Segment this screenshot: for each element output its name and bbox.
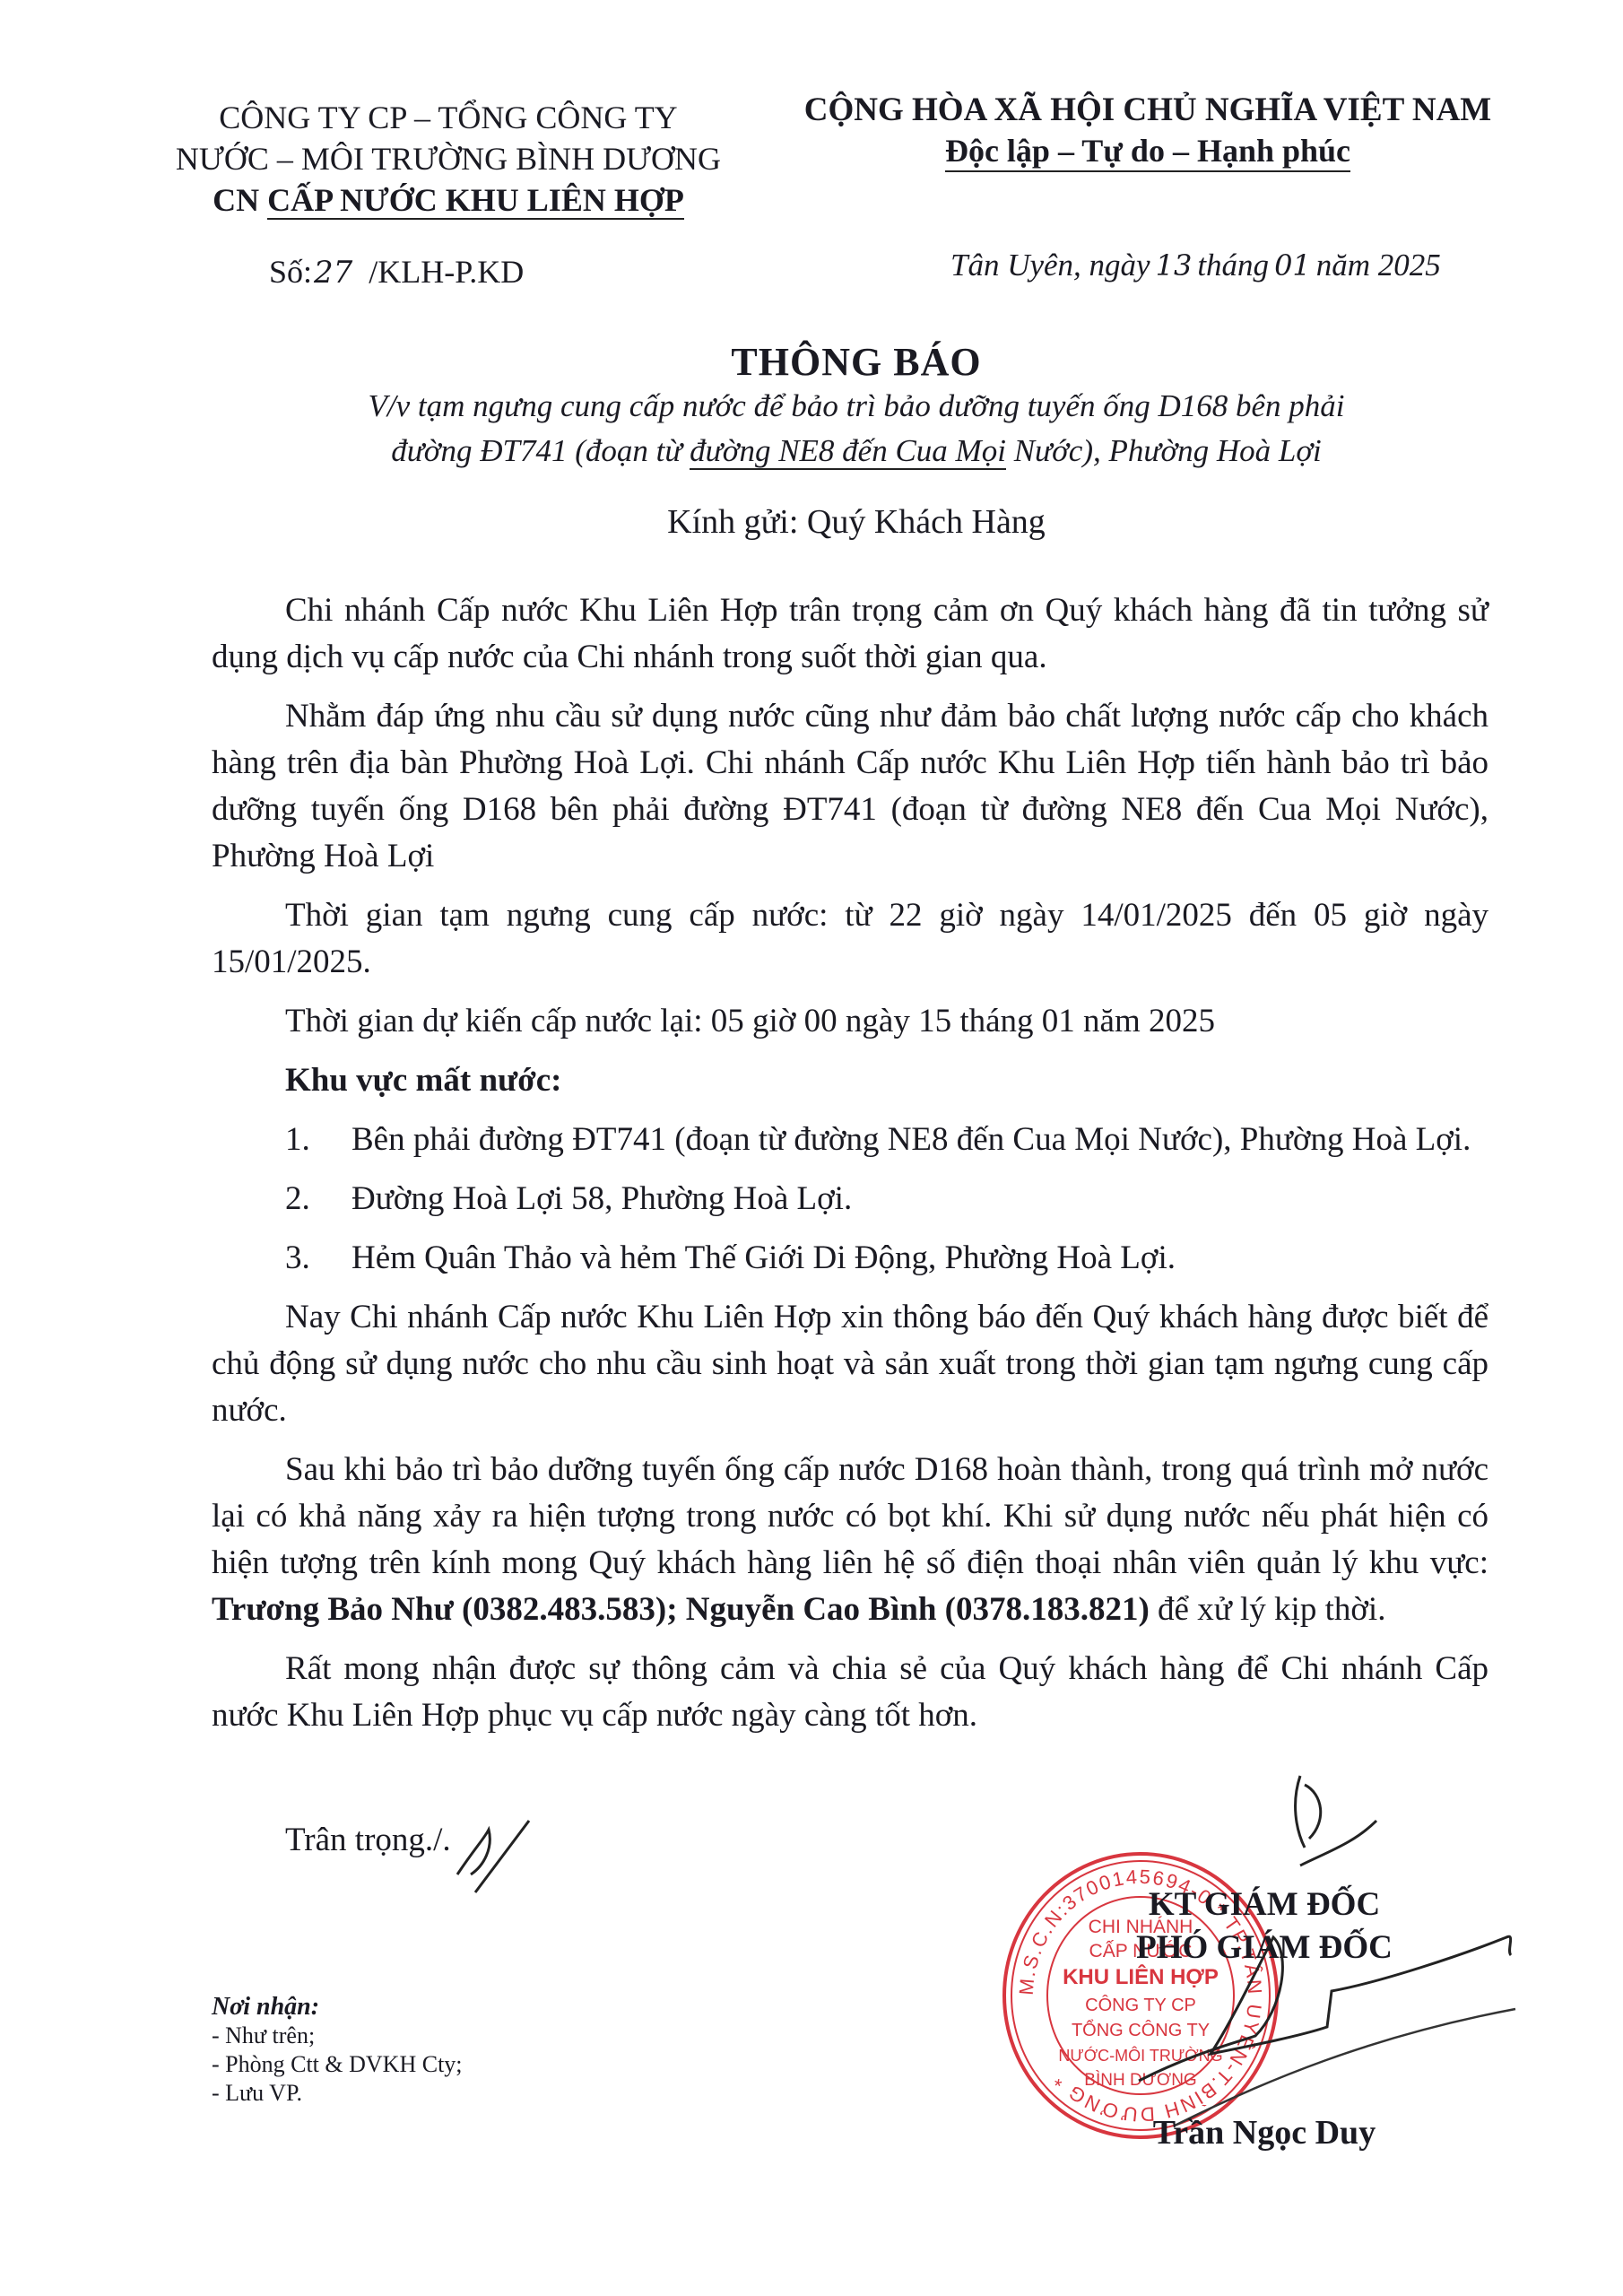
contacts-intro: Sau khi bảo trì bảo dưỡng tuyến ống cấp … xyxy=(212,1451,1488,1581)
paragraph-notice: Nay Chi nhánh Cấp nước Khu Liên Hợp xin … xyxy=(212,1294,1488,1434)
areas-heading: Khu vực mất nước: xyxy=(212,1057,1488,1104)
paragraph-thanks: Chi nhánh Cấp nước Khu Liên Hợp trân trọ… xyxy=(212,587,1488,681)
date-month-label: tháng xyxy=(1197,248,1269,283)
recipient-item: - Lưu VP. xyxy=(212,2079,463,2108)
list-number: 3. xyxy=(285,1235,352,1282)
signer-name: Trần Ngọc Duy xyxy=(1058,2113,1471,2152)
greeting: Kính gửi: Quý Khách Hàng xyxy=(269,502,1444,542)
subject-line-2: đường ĐT741 (đoạn từ đường NE8 đến Cua M… xyxy=(269,429,1444,474)
issuer-line-1: CÔNG TY CP – TỔNG CÔNG TY xyxy=(135,97,762,138)
subject-line-2b: Nước), Phường Hoà Lợi xyxy=(1006,433,1322,468)
handwritten-initial-icon xyxy=(448,1812,538,1901)
date-day: 13 xyxy=(1156,248,1193,283)
issuer-branch: CN CẤP NƯỚC KHU LIÊN HỢP xyxy=(135,179,762,221)
document-subject: V/v tạm ngưng cung cấp nước để bảo trì b… xyxy=(269,384,1444,474)
nation-name: CỘNG HÒA XÃ HỘI CHỦ NGHĨA VIỆT NAM xyxy=(789,90,1506,131)
number-suffix: /KLH-P.KD xyxy=(369,254,524,290)
national-motto: Độc lập – Tự do – Hạnh phúc xyxy=(945,131,1350,172)
subject-line-2-underlined: đường NE8 đến Cua Mọi xyxy=(690,433,1006,470)
paragraph-outage-time: Thời gian tạm ngưng cung cấp nước: từ 22… xyxy=(212,892,1488,986)
document-date: Tân Uyên, ngày13tháng01năm 2025 xyxy=(950,248,1441,283)
document-body: Chi nhánh Cấp nước Khu Liên Hợp trân trọ… xyxy=(212,587,1488,1752)
document-number: Số:27/KLH-P.KD xyxy=(269,253,524,291)
document-title: THÔNG BÁO xyxy=(269,339,1444,385)
date-place: Tân Uyên, ngày xyxy=(950,248,1150,283)
recipients-label: Nơi nhận: xyxy=(212,1993,463,2022)
list-number: 2. xyxy=(285,1176,352,1222)
number-label: Số: xyxy=(269,254,312,290)
list-item: 2.Đường Hoà Lợi 58, Phường Hoà Lợi. xyxy=(212,1176,1488,1222)
contacts-outro: để xử lý kịp thời. xyxy=(1150,1591,1386,1628)
list-text: Bên phải đường ĐT741 (đoạn từ đường NE8 … xyxy=(352,1121,1471,1158)
issuer-line-2: NƯỚC – MÔI TRƯỜNG BÌNH DƯƠNG xyxy=(135,138,762,179)
recipient-item: - Như trên; xyxy=(212,2022,463,2050)
paragraph-contacts: Sau khi bảo trì bảo dưỡng tuyến ống cấp … xyxy=(212,1447,1488,1633)
closing-salutation: Trân trọng./. xyxy=(285,1821,451,1859)
handwritten-initial-icon xyxy=(1273,1767,1381,1874)
paragraph-purpose: Nhằm đáp ứng nhu cầu sử dụng nước cũng n… xyxy=(212,693,1488,880)
recipients-block: Nơi nhận: - Như trên; - Phòng Ctt & DVKH… xyxy=(212,1993,463,2108)
issuer-branch-prefix: CN xyxy=(213,182,267,218)
date-year: năm 2025 xyxy=(1316,248,1441,283)
number-handwritten: 27 xyxy=(314,255,352,291)
issuer-block: CÔNG TY CP – TỔNG CÔNG TY NƯỚC – MÔI TRƯ… xyxy=(135,97,762,221)
contacts-names-phones: Trương Bảo Như (0382.483.583); Nguyễn Ca… xyxy=(212,1591,1150,1628)
national-header: CỘNG HÒA XÃ HỘI CHỦ NGHĨA VIỆT NAM Độc l… xyxy=(789,90,1506,172)
list-text: Đường Hoà Lợi 58, Phường Hoà Lợi. xyxy=(352,1180,852,1217)
recipient-item: - Phòng Ctt & DVKH Cty; xyxy=(212,2050,463,2079)
list-item: 1.Bên phải đường ĐT741 (đoạn từ đường NE… xyxy=(212,1117,1488,1163)
list-number: 1. xyxy=(285,1117,352,1163)
paragraph-appreciation: Rất mong nhận được sự thông cảm và chia … xyxy=(212,1646,1488,1739)
subject-line-1: V/v tạm ngưng cung cấp nước để bảo trì b… xyxy=(269,384,1444,429)
paragraph-restore-time: Thời gian dự kiến cấp nước lại: 05 giờ 0… xyxy=(212,998,1488,1045)
list-text: Hẻm Quân Thảo và hẻm Thế Giới Di Động, P… xyxy=(352,1239,1176,1276)
handwritten-signature-icon xyxy=(1121,1901,1533,2135)
issuer-branch-name: CẤP NƯỚC KHU LIÊN HỢP xyxy=(267,182,684,220)
list-item: 3.Hẻm Quân Thảo và hẻm Thế Giới Di Động,… xyxy=(212,1235,1488,1282)
subject-line-2a: đường ĐT741 (đoạn từ xyxy=(391,433,690,468)
date-month: 01 xyxy=(1274,248,1311,283)
